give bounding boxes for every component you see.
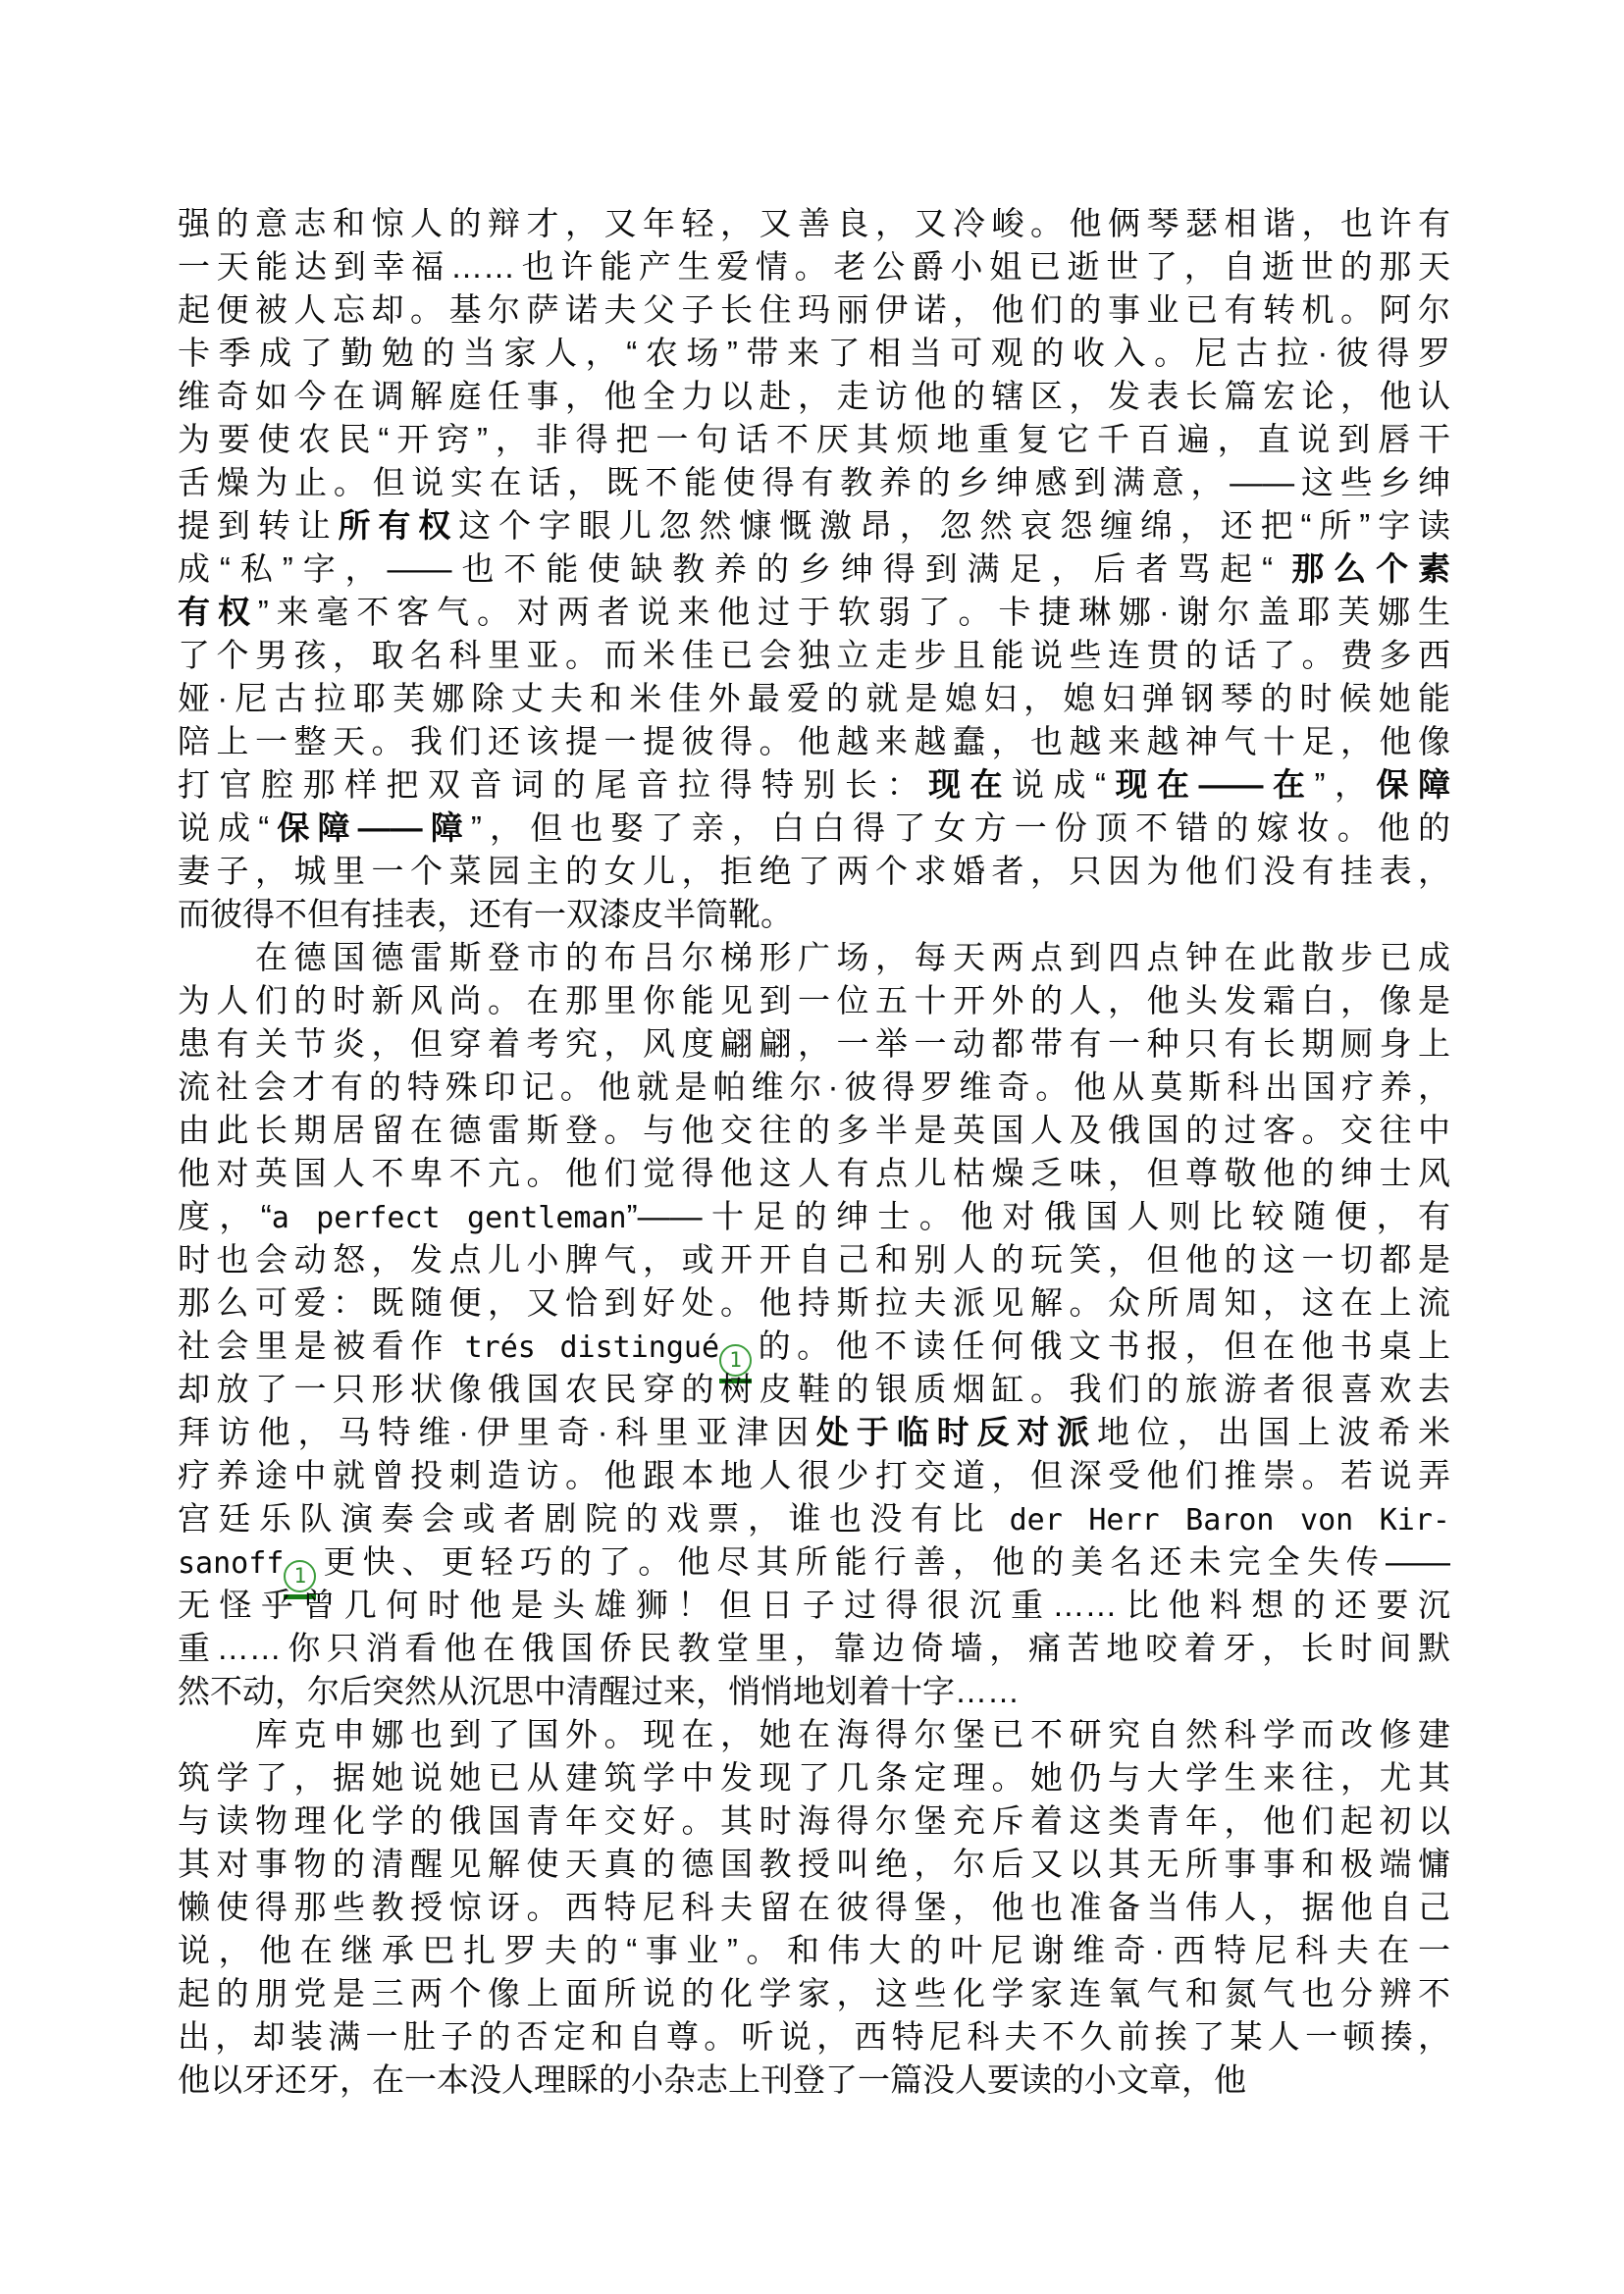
text-line: 说成“保障——障”，但也娶了亲，白白得了女方一份顶不错的嫁妆。他的 — [178, 807, 1450, 850]
body-text: 宫廷乐队演奏会或者剧院的戏票，谁也没有比 — [178, 1500, 1010, 1537]
document-page: 强的意志和惊人的辩才，又年轻，又善良，又冷峻。他俩琴瑟相谐，也许有一天能达到幸福… — [0, 0, 1624, 2294]
text-line: 提到转让所有权这个字眼儿忽然慷慨激昂，忽然哀怨缠绵，还把“所”字读 — [178, 504, 1450, 547]
text-line: 说，他在继承巴扎罗夫的“事业”。和伟大的叶尼谢维奇·西特尼科夫在一 — [178, 1929, 1450, 1972]
body-text: 他对英国人不卑不亢。他们觉得他这人有点儿枯燥乏味，但尊敬他的绅士风 — [178, 1155, 1450, 1191]
body-text: 起便被人忘却。基尔萨诺夫父子长住玛丽伊诺，他们的事业已有转机。阿尔 — [178, 291, 1450, 328]
body-text: 他以牙还牙，在一本没人理睬的小杂志上刊登了一篇没人要读的小文章，他 — [178, 2061, 1246, 2098]
text-line: 却放了一只形状像俄国农民穿的树皮鞋的银质烟缸。我们的旅游者很喜欢去 — [178, 1368, 1450, 1411]
text-line: 起的朋党是三两个像上面所说的化学家，这些化学家连氧气和氮气也分辨不 — [178, 1972, 1450, 2015]
text-line: 舌燥为止。但说实在话，既不能使得有教养的乡绅感到满意，——这些乡绅 — [178, 461, 1450, 504]
body-text: 提到转让 — [178, 507, 339, 544]
text-line: 陪上一整天。我们还该提一提彼得。他越来越蠢，也越来越神气十足，他像 — [178, 720, 1450, 763]
body-text: 卡季成了勤勉的当家人，“农场”带来了相当可观的收入。尼古拉·彼得罗 — [178, 335, 1450, 371]
body-text: 出，却装满一肚子的否定和自尊。听说，西特尼科夫不久前挨了某人一顿揍， — [178, 2018, 1450, 2055]
body-text: 舌燥为止。但说实在话，既不能使得有教养的乡绅感到满意，——这些乡绅 — [178, 464, 1450, 500]
text-line: 在德国德雷斯登市的布吕尔梯形广场，每天两点到四点钟在此散步已成 — [178, 936, 1450, 979]
text-line: 然不动，尔后突然从沉思中清醒过来，悄悄地划着十字…… — [178, 1670, 1450, 1713]
body-text: 却放了一只形状像俄国农民穿的树皮鞋的银质烟缸。我们的旅游者很喜欢去 — [178, 1371, 1450, 1407]
body-text: 时也会动怒，发点儿小脾气，或开开自己和别人的玩笑，但他的这一切都是 — [178, 1241, 1450, 1277]
text-line: 他以牙还牙，在一本没人理睬的小杂志上刊登了一篇没人要读的小文章，他 — [178, 2059, 1450, 2102]
body-text: 一天能达到幸福……也许能产生爱情。老公爵小姐已逝世了，自逝世的那天 — [178, 248, 1450, 285]
body-text: ”， — [1315, 766, 1377, 803]
text-line: 疗养途中就曾投刺造访。他跟本地人很少打交道，但深受他们推崇。若说弄 — [178, 1454, 1450, 1497]
text-line: 患有关节炎，但穿着考究，风度翩翩，一举一动都带有一种只有长期厕身上 — [178, 1022, 1450, 1066]
body-text: 维奇如今在调解庭任事，他全力以赴，走访他的辖区，发表长篇宏论，他认 — [178, 378, 1450, 414]
body-text: 地位，出国上波希米 — [1097, 1414, 1450, 1450]
emphasis-text: 处于临时反对派 — [816, 1414, 1097, 1450]
body-text: 这个字眼儿忽然慷慨激昂，忽然哀怨缠绵，还把“所”字读 — [458, 507, 1450, 544]
text-line: 流社会才有的特殊印记。他就是帕维尔·彼得罗维奇。他从莫斯科出国疗养， — [178, 1066, 1450, 1109]
text-line: 起便被人忘却。基尔萨诺夫父子长住玛丽伊诺，他们的事业已有转机。阿尔 — [178, 288, 1450, 332]
text-line: 宫廷乐队演奏会或者剧院的戏票，谁也没有比 der Herr Baron von … — [178, 1497, 1450, 1540]
text-line: 一天能达到幸福……也许能产生爱情。老公爵小姐已逝世了，自逝世的那天 — [178, 245, 1450, 288]
text-line: 打官腔那样把双音词的尾音拉得特别长：现在说成“现在——在”，保障 — [178, 763, 1450, 807]
body-text: 库克申娜也到了国外。现在，她在海得尔堡已不研究自然科学而改修建 — [178, 1716, 1450, 1752]
emphasis-text: 有权 — [178, 594, 258, 630]
body-text: 流社会才有的特殊印记。他就是帕维尔·彼得罗维奇。他从莫斯科出国疗养， — [178, 1069, 1450, 1105]
body-text: 疗养途中就曾投刺造访。他跟本地人很少打交道，但深受他们推崇。若说弄 — [178, 1457, 1450, 1493]
text-line: 库克申娜也到了国外。现在，她在海得尔堡已不研究自然科学而改修建 — [178, 1713, 1450, 1756]
latin-text: der Herr Baron von Kir- — [1010, 1503, 1450, 1538]
body-text: 度，“ — [178, 1198, 272, 1234]
text-line: sanoff1更快、更轻巧的了。他尽其所能行善，他的美名还未完全失传—— — [178, 1540, 1450, 1584]
text-line: 时也会动怒，发点儿小脾气，或开开自己和别人的玩笑，但他的这一切都是 — [178, 1238, 1450, 1281]
body-text: ”——十足的绅士。他对俄国人则比较随便，有 — [627, 1198, 1450, 1234]
body-text: 的。他不读任何俄文书报，但在他书桌上 — [752, 1328, 1450, 1364]
body-text: 由此长期居留在德雷斯登。与他交往的多半是英国人及俄国的过客。交往中 — [178, 1112, 1450, 1148]
text-line: 为要使农民“开窍”，非得把一句话不厌其烦地重复它千百遍，直说到唇干 — [178, 418, 1450, 461]
text-line: 维奇如今在调解庭任事，他全力以赴，走访他的辖区，发表长篇宏论，他认 — [178, 375, 1450, 418]
body-text: 与读物理化学的俄国青年交好。其时海得尔堡充斥着这类青年，他们起初以 — [178, 1802, 1450, 1839]
text-line: 重……你只消看他在俄国侨民教堂里，靠边倚墙，痛苦地咬着牙，长时间默 — [178, 1627, 1450, 1670]
text-line: 度，“a perfect gentleman”——十足的绅士。他对俄国人则比较随… — [178, 1195, 1450, 1238]
body-text: 拜访他，马特维·伊里奇·科里亚津因 — [178, 1414, 816, 1450]
body-text: 了个男孩，取名科里亚。而米佳已会独立走步且能说些连贯的话了。费多西 — [178, 637, 1450, 673]
body-text: 娅·尼古拉耶芙娜除丈夫和米佳外最爱的就是媳妇，媳妇弹钢琴的时候她能 — [178, 680, 1450, 716]
body-text: 那么可爱：既随便，又恰到好处。他持斯拉夫派见解。众所周知，这在上流 — [178, 1284, 1450, 1321]
emphasis-text: 那么个素 — [1291, 550, 1450, 587]
emphasis-text: 现在 — [928, 766, 1012, 803]
text-line: 为人们的时新风尚。在那里你能见到一位五十开外的人，他头发霜白，像是 — [178, 979, 1450, 1022]
text-line: 那么可爱：既随便，又恰到好处。他持斯拉夫派见解。众所周知，这在上流 — [178, 1281, 1450, 1325]
body-text: 然不动，尔后突然从沉思中清醒过来，悄悄地划着十字…… — [178, 1673, 1020, 1709]
body-text: 筑学了，据她说她已从建筑学中发现了几条定理。她仍与大学生来往，尤其 — [178, 1759, 1450, 1796]
text-line: 与读物理化学的俄国青年交好。其时海得尔堡充斥着这类青年，他们起初以 — [178, 1799, 1450, 1843]
text-line: 出，却装满一肚子的否定和自尊。听说，西特尼科夫不久前挨了某人一顿揍， — [178, 2015, 1450, 2059]
body-text: 社会里是被看作 — [178, 1328, 465, 1364]
body-text: 而彼得不但有挂表，还有一双漆皮半筒靴。 — [178, 896, 793, 932]
text-line: 筑学了，据她说她已从建筑学中发现了几条定理。她仍与大学生来往，尤其 — [178, 1756, 1450, 1799]
body-text: 陪上一整天。我们还该提一提彼得。他越来越蠢，也越来越神气十足，他像 — [178, 723, 1450, 759]
body-text: 成“私”字，——也不能使缺教养的乡绅得到满足，后者骂起“ — [178, 550, 1291, 587]
body-text: 患有关节炎，但穿着考究，风度翩翩，一举一动都带有一种只有长期厕身上 — [178, 1025, 1450, 1062]
text-lines: 强的意志和惊人的辩才，又年轻，又善良，又冷峻。他俩琴瑟相谐，也许有一天能达到幸福… — [178, 202, 1450, 2102]
text-line: 其对事物的清醒见解使天真的德国教授叫绝，尔后又以其无所事事和极端慵 — [178, 1843, 1450, 1886]
text-line: 他对英国人不卑不亢。他们觉得他这人有点儿枯燥乏味，但尊敬他的绅士风 — [178, 1152, 1450, 1195]
body-text: 说成“ — [178, 809, 269, 846]
text-line: 无怪乎曾几何时他是头雄狮！但日子过得很沉重……比他料想的还要沉 — [178, 1584, 1450, 1627]
text-line: 强的意志和惊人的辩才，又年轻，又善良，又冷峻。他俩琴瑟相谐，也许有 — [178, 202, 1450, 245]
body-text: 强的意志和惊人的辩才，又年轻，又善良，又冷峻。他俩琴瑟相谐，也许有 — [178, 205, 1450, 241]
body-text: 为人们的时新风尚。在那里你能见到一位五十开外的人，他头发霜白，像是 — [178, 982, 1450, 1018]
text-line: 了个男孩，取名科里亚。而米佳已会独立走步且能说些连贯的话了。费多西 — [178, 634, 1450, 677]
text-line: 社会里是被看作 trés distingué1的。他不读任何俄文书报，但在他书桌… — [178, 1325, 1450, 1368]
text-line: 娅·尼古拉耶芙娜除丈夫和米佳外最爱的就是媳妇，媳妇弹钢琴的时候她能 — [178, 677, 1450, 720]
body-text: 为要使农民“开窍”，非得把一句话不厌其烦地重复它千百遍，直说到唇干 — [178, 421, 1450, 457]
body-text: 其对事物的清醒见解使天真的德国教授叫绝，尔后又以其无所事事和极端慵 — [178, 1846, 1450, 1882]
body-text: 重……你只消看他在俄国侨民教堂里，靠边倚墙，痛苦地咬着牙，长时间默 — [178, 1630, 1450, 1666]
body-text: 懒使得那些教授惊讶。西特尼科夫留在彼得堡，他也准备当伟人，据他自己 — [178, 1889, 1450, 1925]
text-line: 拜访他，马特维·伊里奇·科里亚津因处于临时反对派地位，出国上波希米 — [178, 1411, 1450, 1454]
emphasis-text: 所有权 — [339, 507, 459, 544]
latin-text: sanoff — [178, 1546, 284, 1581]
text-line: 有权”来毫不客气。对两者说来他过于软弱了。卡捷琳娜·谢尔盖耶芙娜生 — [178, 591, 1450, 634]
body-text: ”，但也娶了亲，白白得了女方一份顶不错的嫁妆。他的 — [471, 809, 1450, 846]
emphasis-text: 保障 — [1377, 766, 1451, 803]
text-line: 成“私”字，——也不能使缺教养的乡绅得到满足，后者骂起“ 那么个素 — [178, 547, 1450, 591]
body-text: 起的朋党是三两个像上面所说的化学家，这些化学家连氧气和氮气也分辨不 — [178, 1975, 1450, 2011]
text-line: 妻子，城里一个菜园主的女儿，拒绝了两个求婚者，只因为他们没有挂表， — [178, 850, 1450, 893]
text-line: 卡季成了勤勉的当家人，“农场”带来了相当可观的收入。尼古拉·彼得罗 — [178, 332, 1450, 375]
body-text: 说成“ — [1012, 766, 1106, 803]
text-line: 由此长期居留在德雷斯登。与他交往的多半是英国人及俄国的过客。交往中 — [178, 1109, 1450, 1152]
text-line: 懒使得那些教授惊讶。西特尼科夫留在彼得堡，他也准备当伟人，据他自己 — [178, 1886, 1450, 1929]
emphasis-text: 现在——在 — [1106, 766, 1315, 803]
latin-text: a perfect gentleman — [272, 1201, 627, 1235]
body-text: 更快、更轻巧的了。他尽其所能行善，他的美名还未完全失传—— — [316, 1543, 1450, 1580]
text-line: 而彼得不但有挂表，还有一双漆皮半筒靴。 — [178, 893, 1450, 936]
body-text: 妻子，城里一个菜园主的女儿，拒绝了两个求婚者，只因为他们没有挂表， — [178, 853, 1450, 889]
latin-text: trés distingué — [465, 1330, 719, 1365]
body-text: 在德国德雷斯登市的布吕尔梯形广场，每天两点到四点钟在此散步已成 — [178, 939, 1450, 975]
body-text: 说，他在继承巴扎罗夫的“事业”。和伟大的叶尼谢维奇·西特尼科夫在一 — [178, 1932, 1450, 1968]
body-text: ”来毫不客气。对两者说来他过于软弱了。卡捷琳娜·谢尔盖耶芙娜生 — [258, 594, 1450, 630]
body-text: 无怪乎曾几何时他是头雄狮！但日子过得很沉重……比他料想的还要沉 — [178, 1587, 1450, 1623]
body-text: 打官腔那样把双音词的尾音拉得特别长： — [178, 766, 928, 803]
emphasis-text: 保障——障 — [269, 809, 471, 846]
